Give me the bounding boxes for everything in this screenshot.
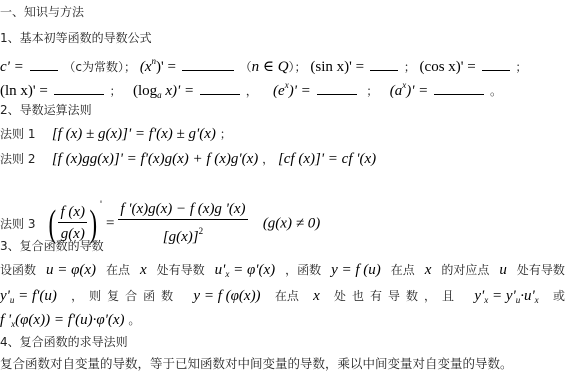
answer-blank-ax[interactable] (434, 82, 484, 95)
rule-3-rhs-fraction: f '(x)g(x) − f (x)g '(x)[g(x)]2 (118, 199, 247, 248)
answer-blank-ln[interactable] (54, 82, 104, 95)
formula-log: (loga x)' = (133, 83, 194, 99)
formula-c: c' = (0, 59, 24, 75)
note-n-in-q: n ∈ Q (252, 59, 289, 75)
answer-blank-xn[interactable] (182, 58, 234, 71)
formula-ex: (ex)' = (273, 83, 311, 99)
formula-cos: (cos x)' = (420, 59, 476, 75)
heading-derivative-rules: 2、导数运算法则 (0, 102, 92, 118)
formula-ax: (ax)' = (390, 83, 429, 99)
rule-2-constant-formula: [cf (x)]' = cf '(x) (278, 151, 376, 167)
answer-blank-cos[interactable] (482, 58, 510, 71)
rule-2-product-formula: [f (x)gg(x)]' = f'(x)g(x) + f (x)g'(x) (52, 151, 258, 167)
rule-1-label: 法则 1 (0, 126, 48, 142)
heading-basic-derivatives: 1、基本初等函数的导数公式 (0, 30, 152, 46)
composite-paragraph-line-1: 设函数 u = φ(x) 在点 x 处有导数 u'x = φ'(x) ，函数 y… (0, 262, 565, 282)
rule-1: 法则 1 [f (x) ± g(x)]' = f'(x) ± g'(x) ； (0, 126, 232, 142)
formula-row-2: (ln x)' = ； (loga x)' = ， (ex)' = ； (ax)… (0, 77, 502, 103)
composite-paragraph-line-3: f 'x(φ(x)) = f'(u)·φ'(x) 。 (0, 312, 140, 332)
formula-row-1: c' = （c为常数）； (xn)' = （n ∈ Q）； (sin x)' =… (0, 53, 527, 75)
answer-blank-c[interactable] (30, 58, 58, 71)
heading-composite-derivative: 3、复合函数的导数 (0, 238, 104, 254)
rule-3-condition: (g(x) ≠ 0) (263, 216, 320, 232)
formula-xn: (xn)' = (140, 59, 176, 75)
answer-blank-ex[interactable] (317, 82, 357, 95)
composite-paragraph-line-2: y'u = f'(u) ，则复合函数 y = f (φ(x)) 在点 x 处也有… (0, 288, 565, 308)
note-c-constant: （c为常数）； (63, 60, 136, 74)
rule-2-label: 法则 2 (0, 151, 48, 167)
answer-blank-log[interactable] (200, 82, 240, 95)
answer-blank-sin[interactable] (370, 58, 398, 71)
formula-sin: (sin x)' = (310, 59, 364, 75)
rule-1-formula: [f (x) ± g(x)]' = f'(x) ± g'(x) (52, 126, 216, 142)
rule-3: 法则 3 (f (x)g(x))' = f '(x)g(x) − f (x)g … (0, 176, 320, 234)
composite-rule-text: 复合函数对自变量的导数，等于已知函数对中间变量的导数，乘以中间变量对自变量的导数… (0, 356, 513, 372)
section-title: 一、知识与方法 (0, 4, 84, 20)
heading-composite-rule: 4、复合函数的求导法则 (0, 334, 128, 350)
formula-ln: (ln x)' = (0, 83, 48, 99)
rule-2: 法则 2 [f (x)gg(x)]' = f'(x)g(x) + f (x)g'… (0, 151, 376, 167)
